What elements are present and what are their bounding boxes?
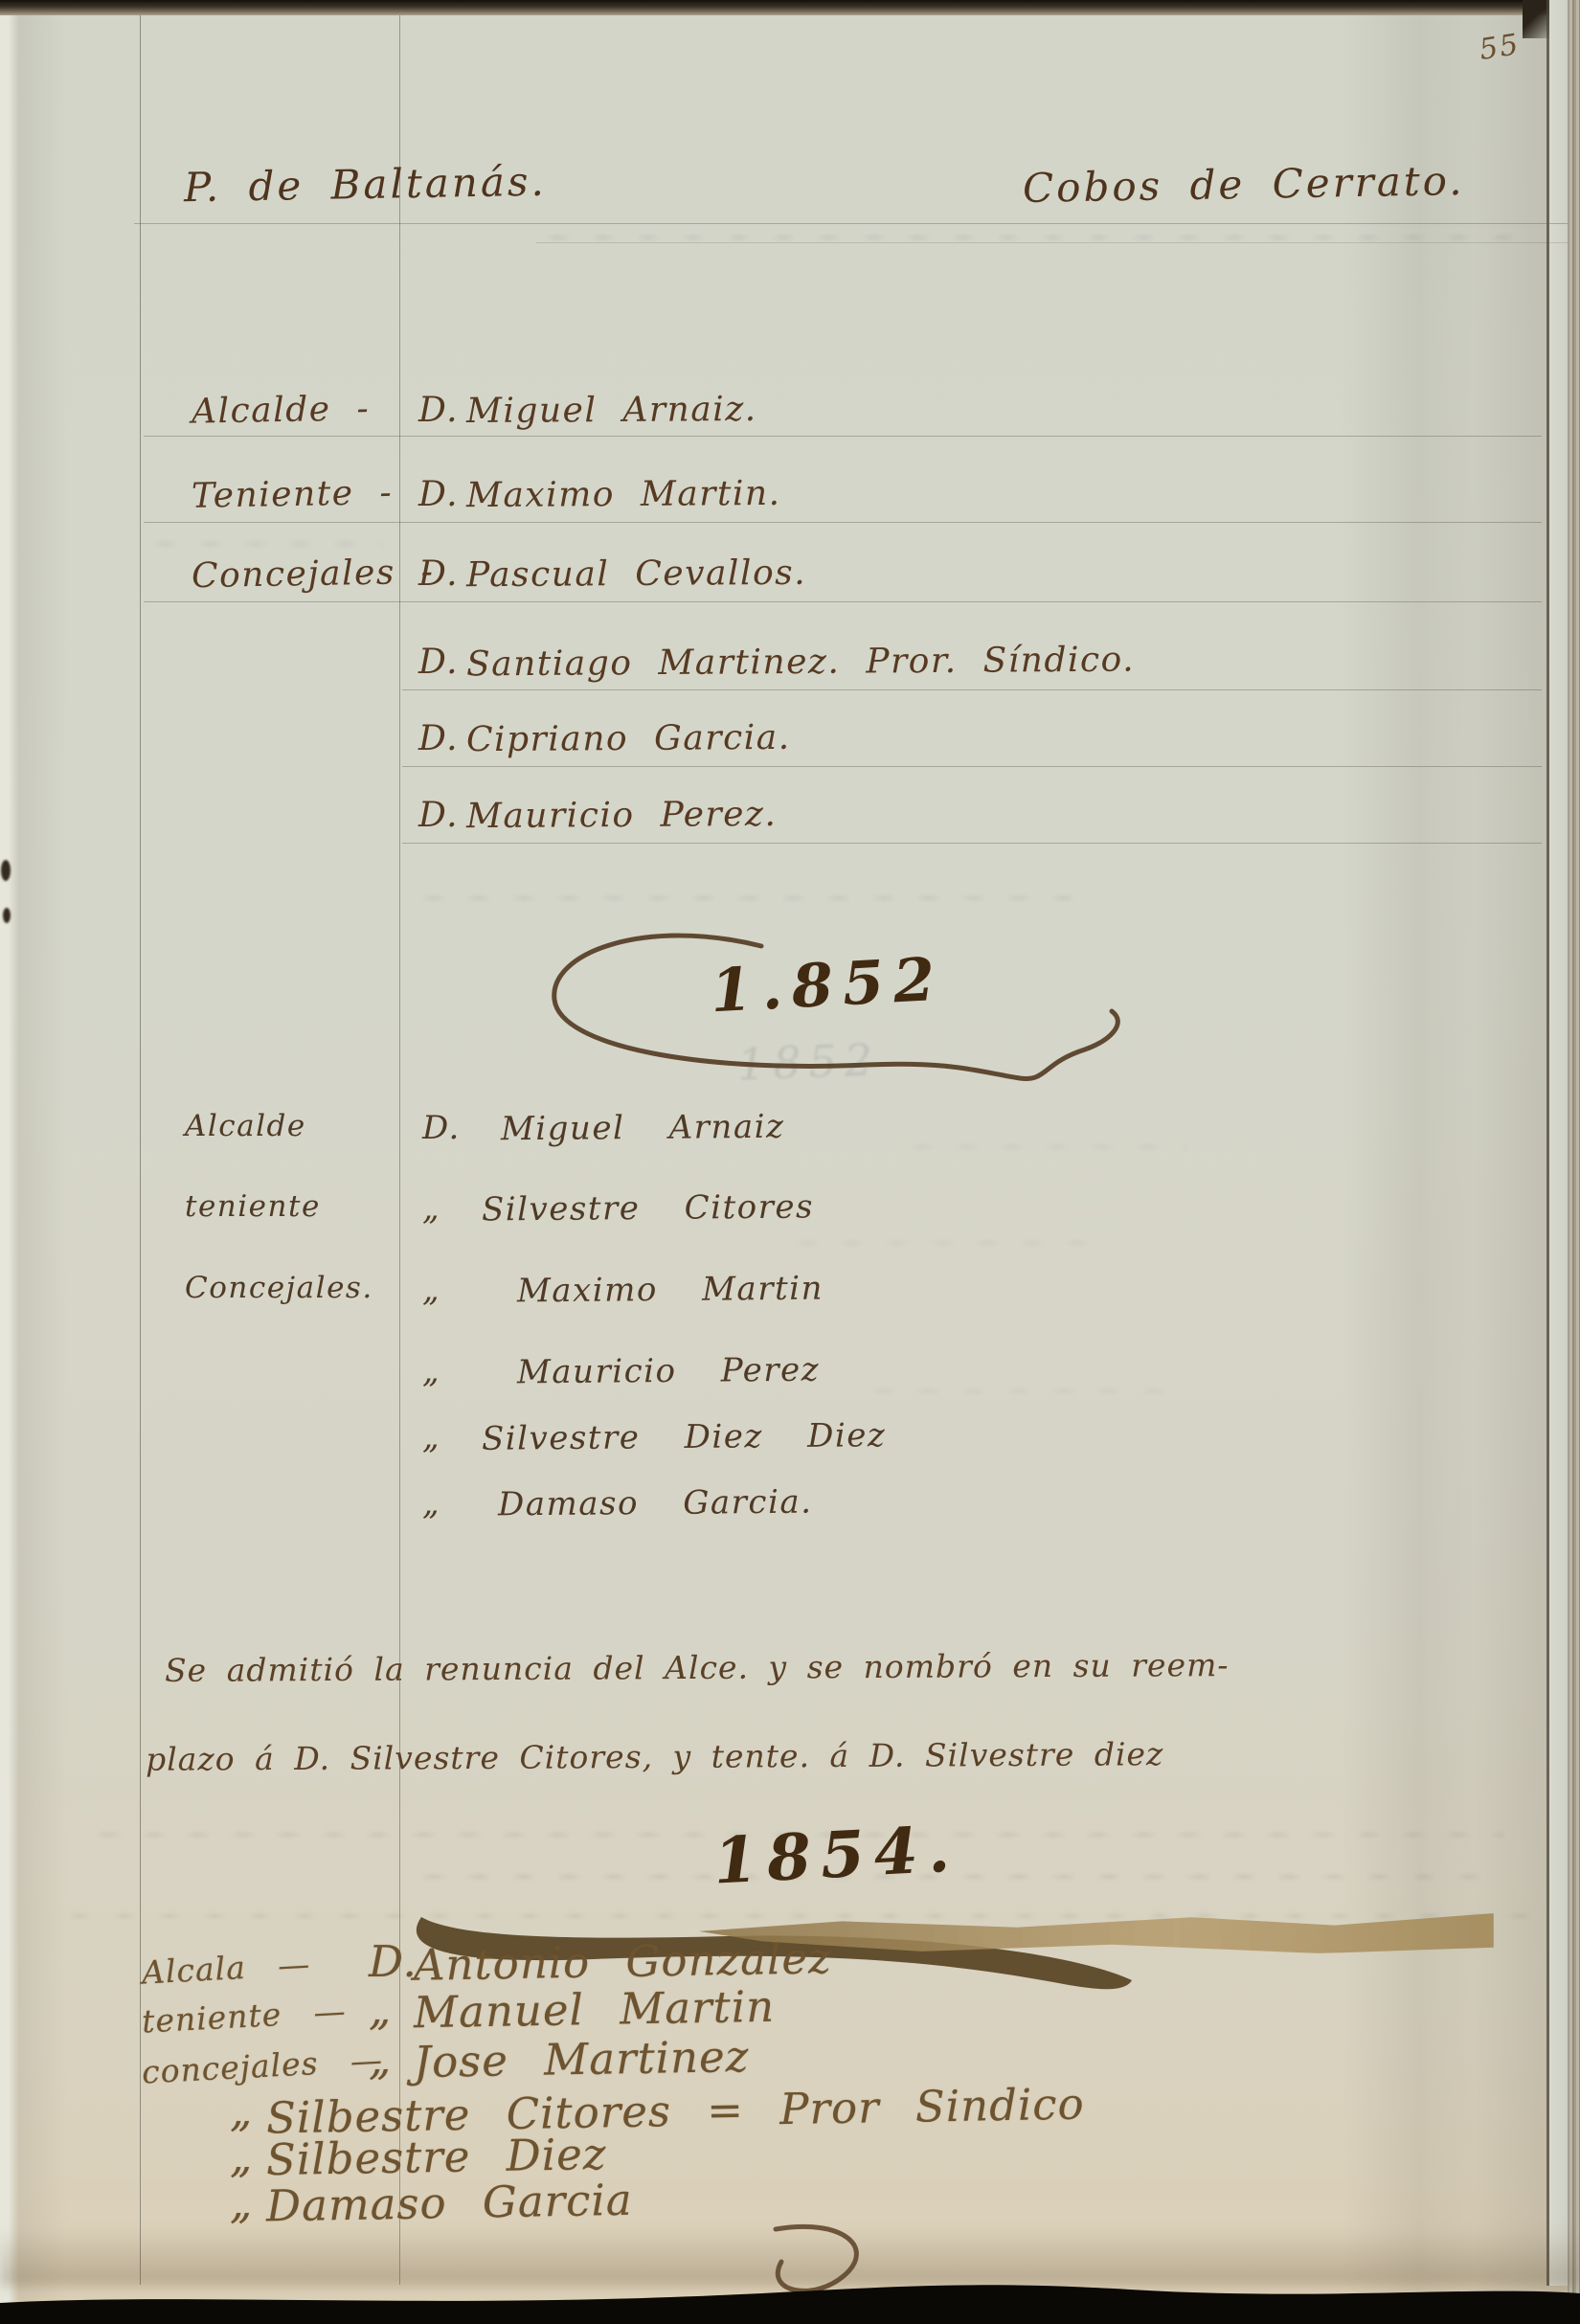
honorific: D. xyxy=(418,719,459,758)
official-row: teniente „ Silvestre Citores xyxy=(0,1189,1580,1247)
honorific: D. xyxy=(422,1109,461,1147)
office-label: Concejales. xyxy=(185,1271,373,1305)
ditto-mark: „ xyxy=(422,1189,440,1228)
official-name: Jose Martinez xyxy=(414,2031,750,2087)
official-row: D. Cipriano Garcia. xyxy=(0,719,1580,777)
official-row: Teniente - D. Maximo Martin. xyxy=(0,475,1580,532)
official-name: Maximo Martin. xyxy=(466,474,781,515)
official-row: Alcalde D. Miguel Arnaiz xyxy=(0,1109,1580,1166)
official-name: Miguel Arnaiz xyxy=(501,1108,785,1149)
official-name: Damaso Garcia. xyxy=(498,1483,813,1524)
bleedthrough-script xyxy=(536,230,1513,245)
book-binding-top-edge xyxy=(0,0,1580,15)
official-name: Mauricio Perez xyxy=(517,1351,820,1392)
official-name: Mauricio Perez. xyxy=(466,795,778,836)
office-label: Alcalde - xyxy=(192,389,371,431)
ditto-mark: „ xyxy=(422,1271,440,1309)
scan-background-bottom xyxy=(0,2257,1580,2324)
official-name: Miguel Arnaiz. xyxy=(466,390,757,431)
office-label: concejales — xyxy=(141,2041,384,2090)
official-row: Alcalde - D. Miguel Arnaiz. xyxy=(0,391,1580,448)
ditto-mark: „ xyxy=(369,2034,392,2085)
ditto-mark: „ xyxy=(230,2177,253,2228)
official-name: Silvestre Citores xyxy=(482,1187,814,1229)
ditto-mark: „ xyxy=(422,1352,440,1390)
folio-number: 55 xyxy=(1478,28,1523,67)
header-ruled-line xyxy=(134,223,1568,224)
year-heading-1854: 1854. xyxy=(711,1811,960,1898)
official-name: Damaso Garcia xyxy=(266,2175,633,2232)
office-label: Alcalde xyxy=(185,1109,306,1143)
bleedthrough-script xyxy=(412,891,1072,906)
honorific: D. xyxy=(418,391,459,430)
ditto-mark: „ xyxy=(230,2132,253,2182)
office-label: teniente xyxy=(185,1189,321,1224)
honorific: D. xyxy=(418,643,459,682)
honorific: D. xyxy=(418,554,459,594)
official-row: teniente — „ Manuel Martin xyxy=(0,1984,1580,2042)
official-row: D. Mauricio Perez. xyxy=(0,796,1580,853)
official-row: „ Mauricio Perez xyxy=(0,1352,1580,1410)
official-name: Cipriano Garcia. xyxy=(466,718,791,759)
office-label: Concejales - xyxy=(192,553,435,596)
official-name: Maximo Martin xyxy=(517,1270,824,1311)
official-row: Concejales. „ Maximo Martin xyxy=(0,1271,1580,1328)
official-row: „ Damaso Garcia. xyxy=(0,1484,1580,1542)
bleedthrough-script xyxy=(144,536,383,552)
office-label: Teniente - xyxy=(192,473,394,516)
ditto-mark: „ xyxy=(230,2086,253,2136)
note-line-1: Se admitió la renuncia del Alce. y se no… xyxy=(165,1646,1230,1689)
official-name: Santiago Martinez. Pror. Síndico. xyxy=(466,641,1135,685)
header-left-municipality: P. de Baltanás. xyxy=(184,158,548,212)
ink-smudge xyxy=(1,860,11,881)
honorific: D. xyxy=(418,796,459,835)
ditto-mark: „ xyxy=(422,1418,440,1456)
header-right-municipality: Cobos de Cerrato. xyxy=(1023,157,1465,212)
honorific: D. xyxy=(369,1936,418,1987)
ditto-mark: „ xyxy=(369,1984,392,2035)
honorific: D. xyxy=(418,475,459,514)
official-row: D. Santiago Martinez. Pror. Síndico. xyxy=(0,643,1580,700)
ink-smudge xyxy=(3,908,11,923)
official-name: Manuel Martin xyxy=(414,1981,776,2039)
official-row: Concejales - D. Pascual Cevallos. xyxy=(0,554,1580,612)
official-name: Silvestre Diez Diez xyxy=(482,1416,887,1458)
official-row: „ Silvestre Diez Diez xyxy=(0,1418,1580,1476)
ditto-mark: „ xyxy=(422,1484,440,1523)
year-heading-1852: 1.852 xyxy=(709,944,946,1027)
official-name: Pascual Cevallos. xyxy=(466,553,806,595)
note-line-2: plazo á D. Silvestre Citores, y tente. á… xyxy=(146,1735,1164,1778)
manuscript-page: 55 P. de Baltanás. Cobos de Cerrato. 185… xyxy=(0,0,1580,2324)
